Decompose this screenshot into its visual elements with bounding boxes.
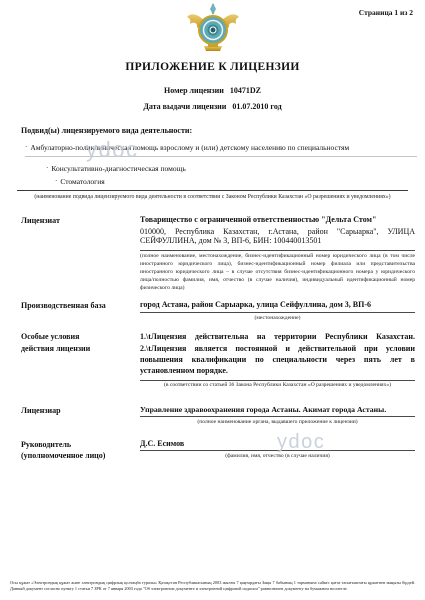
license-number-value: 10471DZ [230, 86, 261, 95]
special-conditions-row: Особые условия действия лицензии 1.\tЛиц… [21, 331, 415, 390]
production-base-caption: (местонахождение) [140, 315, 415, 323]
licensor-caption: (полное наименование органа, выдавшего п… [140, 419, 415, 427]
subtype-item-label: Стоматология [60, 177, 104, 186]
production-base-row: Производственная база город Астана, райо… [21, 300, 415, 322]
special-conditions-caption: (в соответствии со статьей 36 Закона Рес… [140, 382, 415, 390]
page-indicator: Страница 1 из 2 [359, 8, 413, 17]
licensor-value: Управление здравоохранения города Астаны… [140, 405, 415, 417]
head-official-row: Руководитель (уполномоченное лицо) Д.С. … [21, 439, 415, 462]
subtype-item-label: Амбулаторно-поликлиническая помощь взрос… [30, 143, 349, 152]
bullet-icon: · [25, 143, 27, 152]
license-annex-page: Страница 1 из 2 ПРИЛОЖЕНИЕ К ЛИЦЕНЗИИ Но… [0, 0, 425, 600]
legal-footer-text: Осы құжат «Электрондық құжат және электр… [10, 580, 415, 593]
issue-date-value: 01.07.2010 год [232, 102, 281, 111]
production-base-value: город Астана, район Сарыарка, улица Сейф… [140, 300, 415, 313]
licensee-row: Лицензиат Товарищество с ограниченной от… [21, 215, 415, 292]
licensee-address: 010000, Республика Казахстан, г.Астана, … [140, 227, 415, 246]
special-conditions-text: 1.\tЛицензия действительна на территории… [140, 331, 415, 380]
licensor-row: Лицензиар Управление здравоохранения гор… [21, 405, 415, 427]
subtype-item-label: Консультативно-диагностическая помощь [51, 164, 185, 173]
bullet-icon: · [55, 177, 57, 186]
subtype-item: · Консультативно-диагностическая помощь [46, 164, 425, 173]
production-base-label: Производственная база [21, 300, 140, 322]
kazakhstan-emblem-icon [186, 3, 240, 58]
licensee-label: Лицензиат [21, 215, 140, 292]
head-official-label: Руководитель (уполномоченное лицо) [21, 439, 140, 462]
head-official-caption: (фамилия, имя, отчество (в случае наличи… [140, 453, 415, 461]
licensee-name: Товарищество с ограниченной ответственно… [140, 215, 415, 225]
special-conditions-label: Особые условия действия лицензии [21, 331, 140, 390]
licensee-caption: (полное наименование, местонахождение, б… [140, 250, 415, 293]
subtype-item: · Амбулаторно-поликлиническая помощь взр… [25, 143, 417, 157]
bullet-icon: · [46, 164, 48, 173]
issue-date-label: Дата выдачи лицензии [143, 102, 226, 111]
head-official-value: Д.С. Есимов [140, 439, 415, 452]
license-number-label: Номер лицензии [164, 86, 224, 95]
subtypes-caption: (наименование подвида лицензируемого вид… [17, 193, 409, 202]
subtypes-divider-line [17, 190, 408, 191]
subtypes-heading: Подвид(ы) лицензируемого вида деятельнос… [21, 126, 415, 135]
subtype-item: · Стоматология [55, 177, 425, 186]
license-number-line: Номер лицензии10471DZ [0, 86, 425, 95]
issue-date-line: Дата выдачи лицензии01.07.2010 год [0, 102, 425, 111]
licensor-label: Лицензиар [21, 405, 140, 427]
